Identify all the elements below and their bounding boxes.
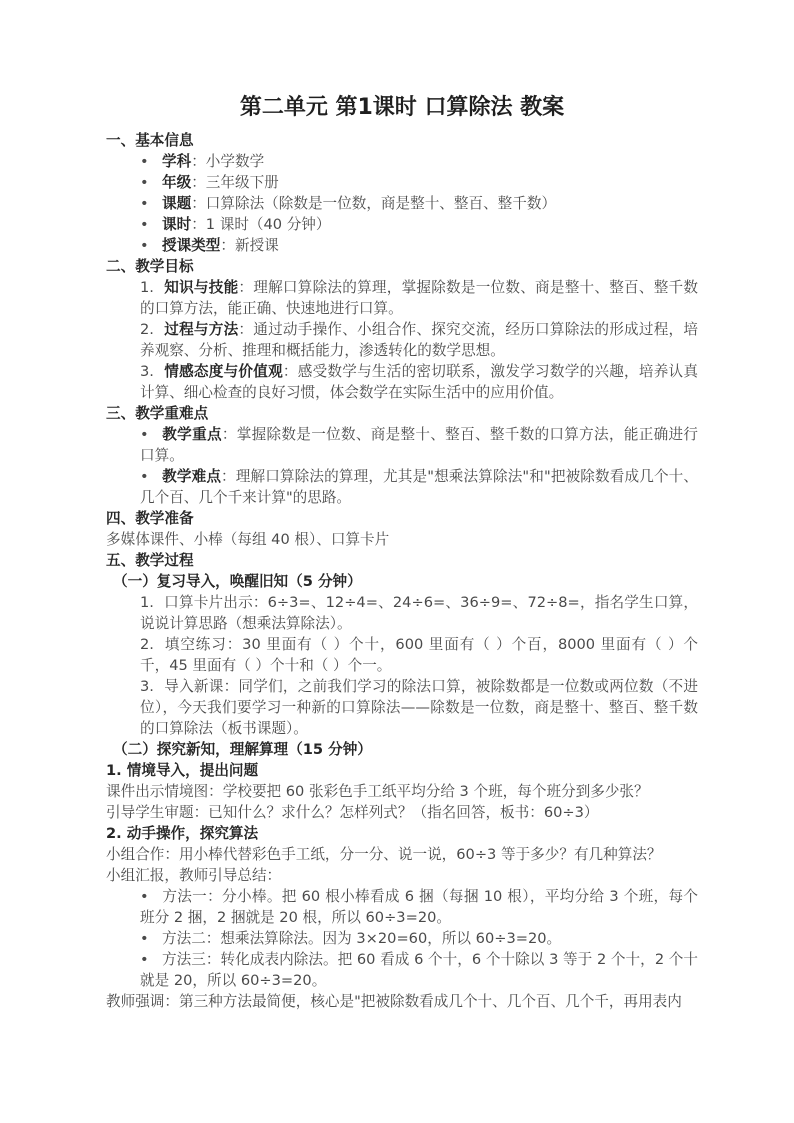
item-text: ：理解口算除法的算理，尤其是"想乘法算除法"和"把被除数看成几个十、几个百、几个…: [140, 468, 698, 506]
list-item: •教学难点：理解口算除法的算理，尤其是"想乘法算除法"和"把被除数看成几个十、几…: [106, 466, 698, 508]
list-item: 1.口算卡片出示：6÷3=、12÷4=、24÷6=、36÷9=、72÷8=，指名…: [106, 592, 698, 634]
item-label: 知识与技能: [164, 279, 238, 296]
paragraph: 小组汇报，教师引导总结：: [106, 865, 698, 886]
item-label: 课时: [162, 216, 191, 233]
paragraph: 小组合作：用小棒代替彩色手工纸，分一分、说一说，60÷3 等于多少？有几种算法？: [106, 844, 698, 865]
section-heading-preparation: 四、教学准备: [106, 508, 698, 529]
item-label: 教学重点: [162, 426, 222, 443]
document-page: 第二单元 第1课时 口算除法 教案 一、基本信息 •学科：小学数学 •年级：三年…: [0, 0, 794, 1123]
list-item: 2.过程与方法：通过动手操作、小组合作、探究交流，经历口算除法的形成过程，培养观…: [106, 319, 698, 361]
bullet-icon: •: [140, 886, 162, 907]
item-text: 方法二：想乘法算除法。因为 3×20=60，所以 60÷3=20。: [162, 930, 561, 947]
item-text: ：小学数学: [191, 153, 264, 170]
item-text: 口算卡片出示：6÷3=、12÷4=、24÷6=、36÷9=、72÷8=，指名学生…: [140, 594, 698, 632]
section-heading-basic-info: 一、基本信息: [106, 130, 698, 151]
bullet-icon: •: [140, 172, 162, 193]
item-text: ：三年级下册: [191, 174, 279, 191]
item-label: 过程与方法: [164, 321, 238, 338]
list-item: •方法三：转化成表内除法。把 60 看成 6 个十，6 个十除以 3 等于 2 …: [106, 949, 698, 991]
list-item: •学科：小学数学: [106, 151, 698, 172]
list-item: •方法二：想乘法算除法。因为 3×20=60，所以 60÷3=20。: [106, 928, 698, 949]
item-number: 3.: [140, 361, 164, 382]
item-text: ：口算除法（除数是一位数，商是整十、整百、整千数）: [191, 195, 556, 212]
step-heading: 2. 动手操作，探究算法: [106, 823, 698, 844]
bullet-icon: •: [140, 949, 162, 970]
list-item: •课时：1 课时（40 分钟）: [106, 214, 698, 235]
bullet-icon: •: [140, 928, 162, 949]
item-label: 学科: [162, 153, 191, 170]
item-number: 1.: [140, 277, 164, 298]
item-label: 课题: [162, 195, 191, 212]
item-text: ：新授课: [220, 237, 278, 254]
bullet-icon: •: [140, 235, 162, 256]
bullet-icon: •: [140, 214, 162, 235]
item-text: ：1 课时（40 分钟）: [191, 216, 330, 233]
list-item: •授课类型：新授课: [106, 235, 698, 256]
item-text: 方法一：分小棒。把 60 根小棒看成 6 捆（每捆 10 根），平均分给 3 个…: [140, 888, 698, 926]
item-label: 情感态度与价值观: [164, 363, 283, 380]
item-label: 授课类型: [162, 237, 220, 254]
item-number: 2.: [140, 634, 164, 655]
step-heading: 1. 情境导入，提出问题: [106, 760, 698, 781]
list-item: •课题：口算除法（除数是一位数，商是整十、整百、整千数）: [106, 193, 698, 214]
list-item: •教学重点：掌握除数是一位数、商是整十、整百、整千数的口算方法，能正确进行口算。: [106, 424, 698, 466]
item-label: 年级: [162, 174, 191, 191]
bullet-icon: •: [140, 424, 162, 445]
document-title: 第二单元 第1课时 口算除法 教案: [106, 92, 698, 123]
list-item: 1.知识与技能：理解口算除法的算理，掌握除数是一位数、商是整十、整百、整千数的口…: [106, 277, 698, 319]
item-number: 3.: [140, 676, 164, 697]
paragraph: 教师强调：第三种方法最简便，核心是"把被除数看成几个十、几个百、几个千，再用表内: [106, 991, 698, 1012]
paragraph: 多媒体课件、小棒（每组 40 根）、口算卡片: [106, 529, 698, 550]
section-heading-key-points: 三、教学重难点: [106, 403, 698, 424]
bullet-icon: •: [140, 151, 162, 172]
list-item: 3.导入新课：同学们，之前我们学习的除法口算，被除数都是一位数或两位数（不进位）…: [106, 676, 698, 739]
section-heading-objectives: 二、教学目标: [106, 256, 698, 277]
bullet-icon: •: [140, 193, 162, 214]
subsection-heading-review: （一）复习导入，唤醒旧知（5 分钟）: [106, 571, 698, 592]
list-item: •年级：三年级下册: [106, 172, 698, 193]
list-item: •方法一：分小棒。把 60 根小棒看成 6 捆（每捆 10 根），平均分给 3 …: [106, 886, 698, 928]
paragraph: 引导学生审题：已知什么？求什么？怎样列式？（指名回答，板书：60÷3）: [106, 802, 698, 823]
item-text: 填空练习：30 里面有（ ）个十，600 里面有（ ）个百，8000 里面有（ …: [140, 636, 698, 674]
item-text: ：掌握除数是一位数、商是整十、整百、整千数的口算方法，能正确进行口算。: [140, 426, 698, 464]
section-heading-process: 五、教学过程: [106, 550, 698, 571]
paragraph: 课件出示情境图：学校要把 60 张彩色手工纸平均分给 3 个班，每个班分到多少张…: [106, 781, 698, 802]
item-label: 教学难点: [162, 468, 221, 485]
item-number: 2.: [140, 319, 164, 340]
item-number: 1.: [140, 592, 164, 613]
item-text: 方法三：转化成表内除法。把 60 看成 6 个十，6 个十除以 3 等于 2 个…: [140, 951, 698, 989]
bullet-icon: •: [140, 466, 162, 487]
item-text: 导入新课：同学们，之前我们学习的除法口算，被除数都是一位数或两位数（不进位），今…: [140, 678, 698, 737]
subsection-heading-explore: （二）探究新知，理解算理（15 分钟）: [106, 739, 698, 760]
list-item: 3.情感态度与价值观：感受数学与生活的密切联系，激发学习数学的兴趣，培养认真计算…: [106, 361, 698, 403]
list-item: 2.填空练习：30 里面有（ ）个十，600 里面有（ ）个百，8000 里面有…: [106, 634, 698, 676]
